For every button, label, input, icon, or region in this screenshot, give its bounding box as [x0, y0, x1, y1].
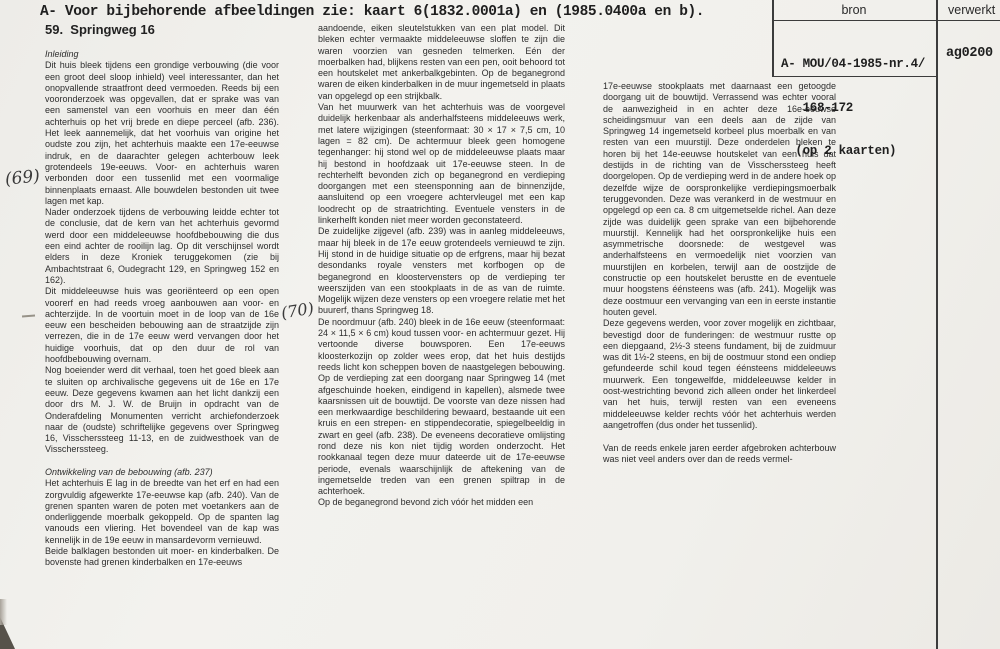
paragraph: De noordmuur (afb. 240) bleek in de 16e …: [318, 317, 565, 498]
paragraph: Het achterhuis E lag in de breedte van h…: [45, 478, 279, 546]
top-reference-note: A- Voor bijbehorende afbeeldingen zie: k…: [40, 4, 704, 20]
bron-reference: A- MOU/04-1985-nr.4/ 168-172 (op 2 kaart…: [781, 28, 925, 173]
text-column-1: Inleiding Dit huis bleek tijdens een gro…: [45, 49, 279, 569]
verwerkt-code: ag0200: [946, 46, 993, 61]
register-header-underline: [772, 20, 1000, 21]
bron-line-1: A- MOU/04-1985-nr.4/: [781, 57, 925, 72]
scanned-document-page: { "page": { "top_note": "A- Voor bijbeho…: [0, 0, 1000, 649]
paragraph: aandoende, eiken sleutelstukken van een …: [318, 23, 565, 102]
paragraph: Van de reeds enkele jaren eerder afgebro…: [603, 443, 836, 466]
paragraph: Nader onderzoek tijdens de verbouwing le…: [45, 207, 279, 286]
register-vertical-divider: [936, 0, 938, 649]
section-heading-ontwikkeling: Ontwikkeling van de bebouwing (afb. 237): [45, 467, 279, 478]
paragraph: Deze gegevens werden, voor zover mogelij…: [603, 318, 836, 431]
scan-artifact-edge: [0, 599, 7, 625]
verwerkt-header-label: verwerkt: [948, 3, 995, 17]
handwritten-mark-69: (69): [4, 166, 41, 190]
bron-line-2: 168-172: [781, 101, 925, 116]
paragraph: Nog boeiender werd dit verhaal, toen het…: [45, 365, 279, 455]
paragraph: Dit middeleeuwse huis was georiënteerd o…: [45, 286, 279, 365]
pencil-mark: [22, 315, 35, 317]
paragraph: Van het muurwerk van het achterhuis was …: [318, 102, 565, 226]
paragraph: Op de beganegrond bevond zich vóór het m…: [318, 497, 565, 508]
paragraph: De zuidelijke zijgevel (afb. 239) was in…: [318, 226, 565, 316]
bron-header-label: bron: [772, 3, 936, 17]
bron-line-3: (op 2 kaarten): [781, 144, 925, 159]
paragraph: Beide balklagen bestonden uit moer- en k…: [45, 546, 279, 569]
section-heading-inleiding: Inleiding: [45, 49, 279, 60]
paragraph: Dit huis bleek tijdens een grondige verb…: [45, 60, 279, 207]
text-column-2: aandoende, eiken sleutelstukken van een …: [318, 23, 565, 509]
page-title: 59. Springweg 16: [45, 22, 155, 37]
handwritten-mark-70: (70): [280, 299, 315, 323]
